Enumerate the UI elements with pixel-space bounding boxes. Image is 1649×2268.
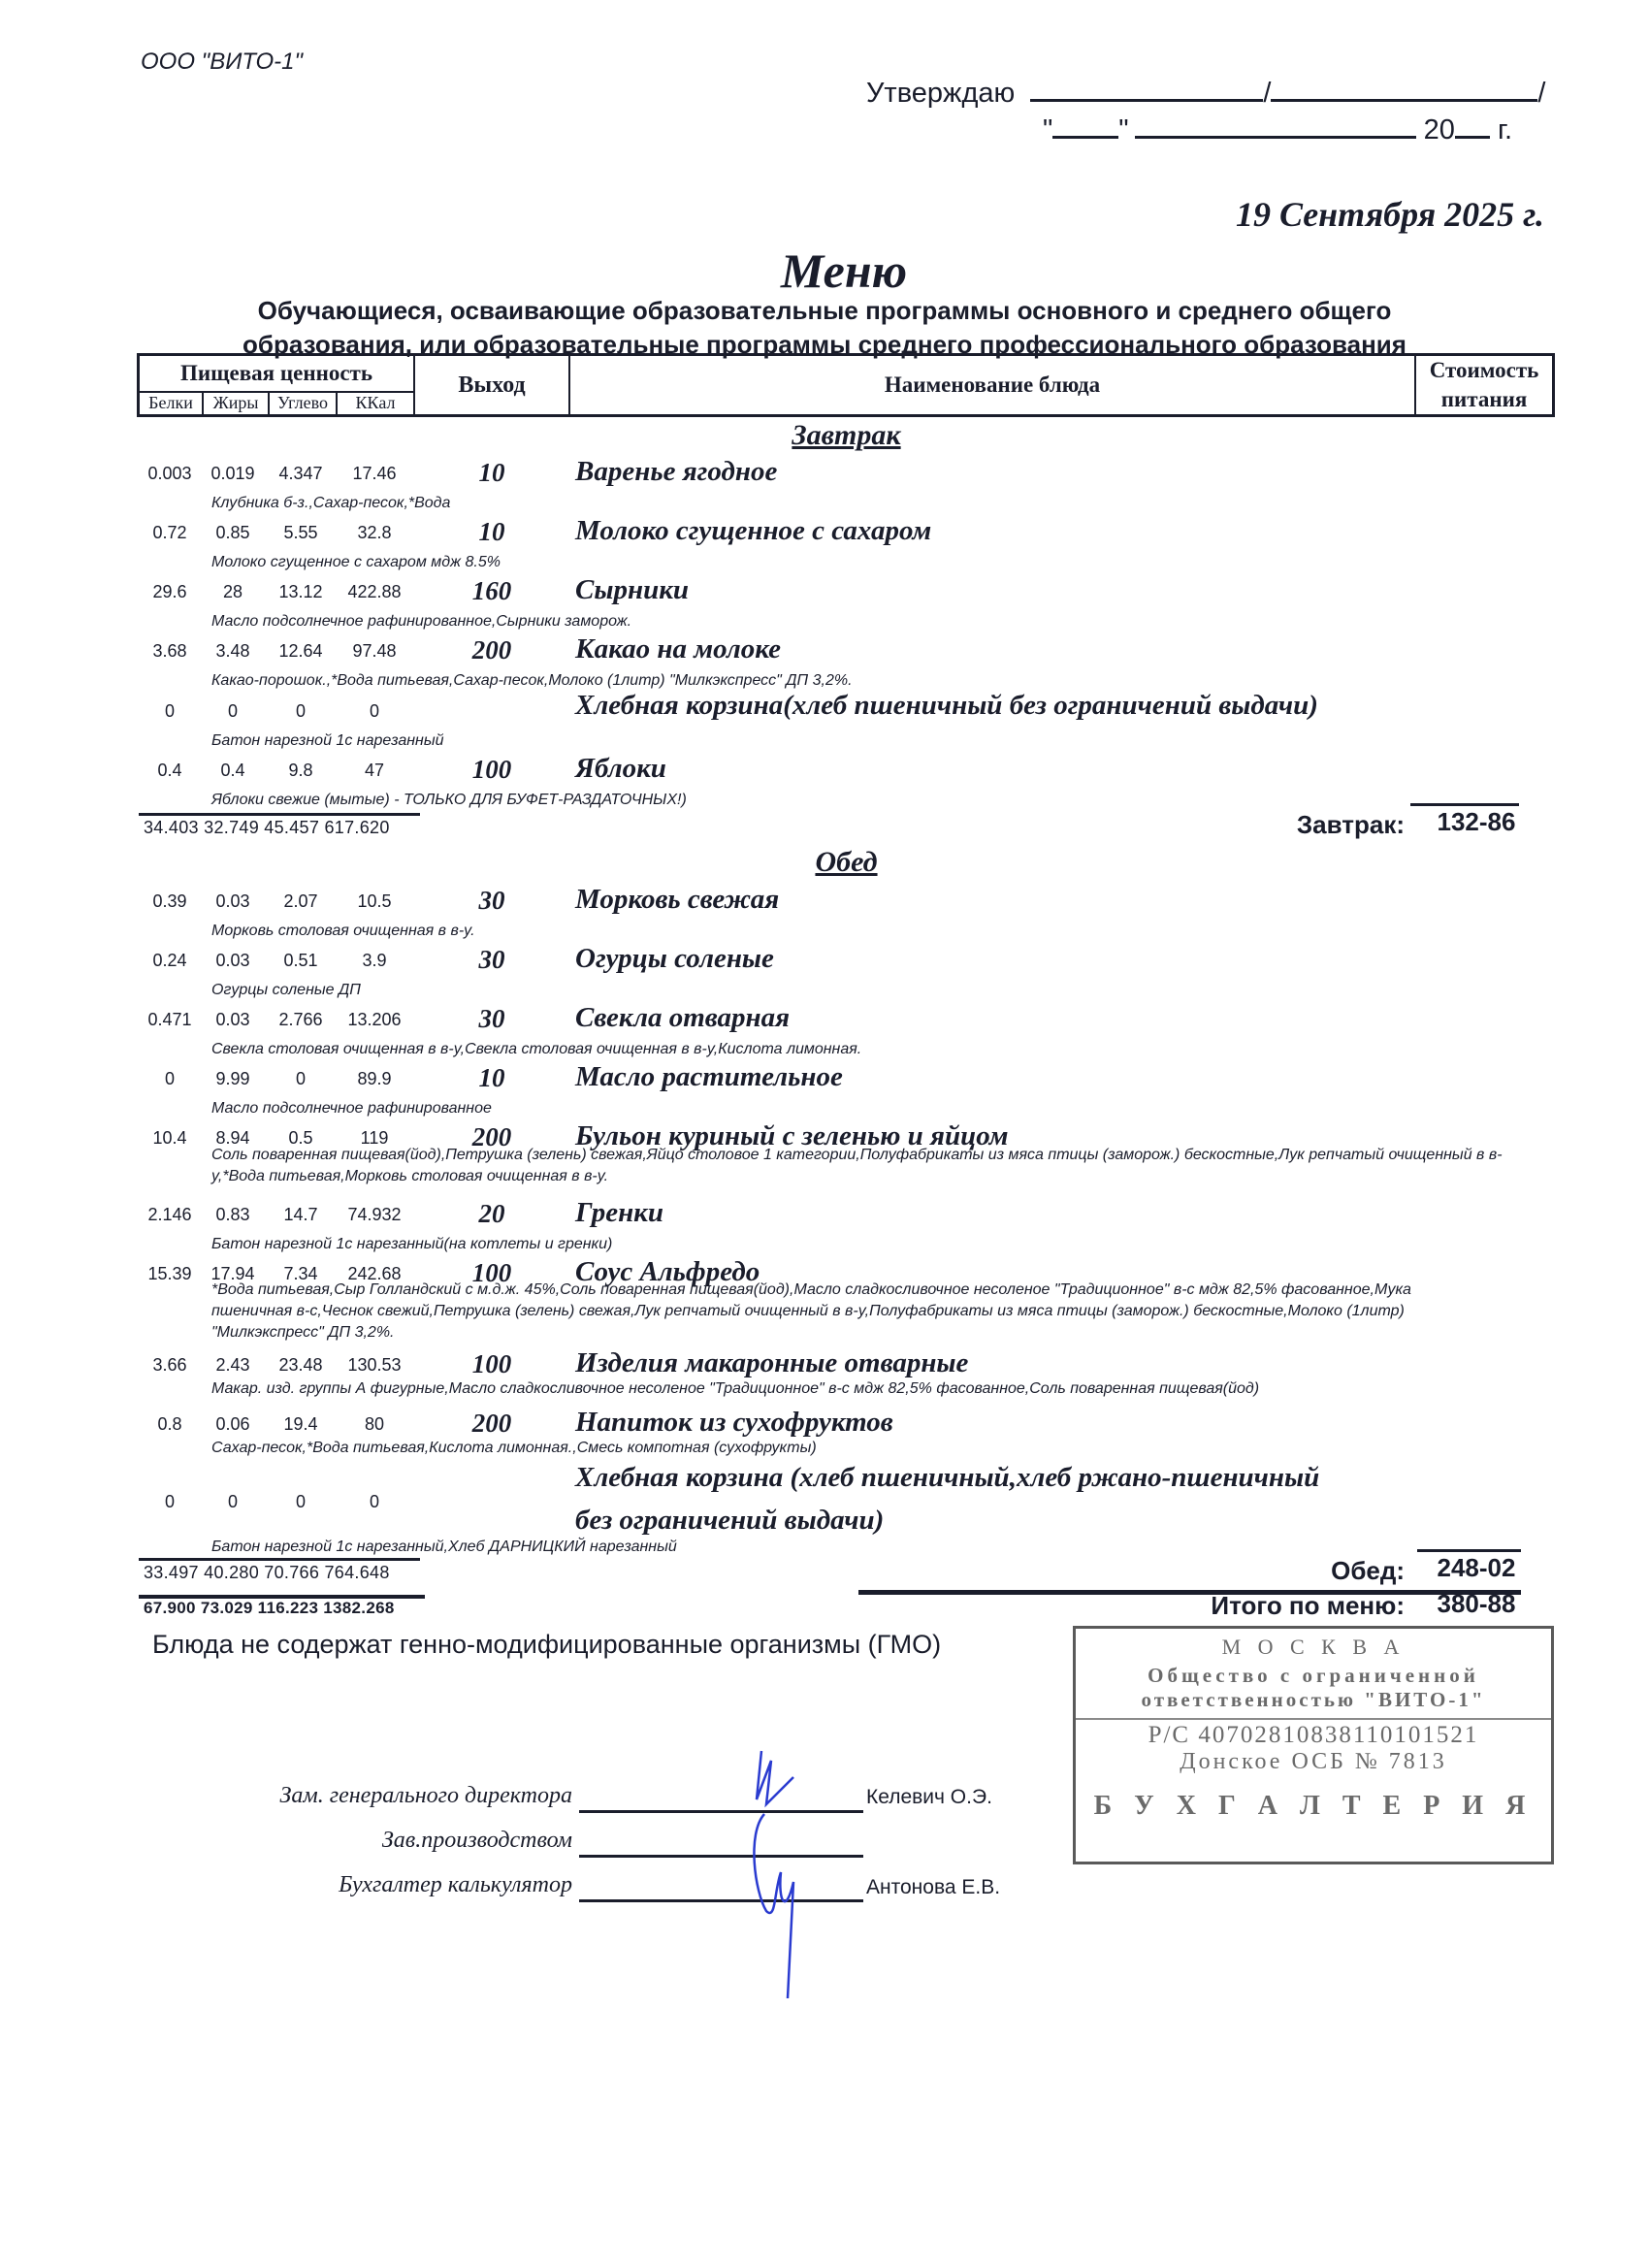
- dish-name: Какао на молоке: [575, 633, 781, 665]
- grand-sum-label: Итого по меню:: [1115, 1591, 1405, 1621]
- kcal-value: 422.88: [339, 582, 409, 602]
- ingredients: Молоко сгущенное с сахаром мдж 8.5%: [211, 552, 1550, 573]
- ingredients: Клубника б-з.,Сахар-песок,*Вода: [211, 493, 1550, 514]
- proteins-value: 0: [144, 701, 196, 722]
- fats-value: 0.06: [204, 1414, 262, 1435]
- ingredients: Какао-порошок.,*Вода питьевая,Сахар-песо…: [211, 670, 1550, 692]
- ingredients: Батон нарезной 1с нарезанный: [211, 730, 1550, 752]
- fats-value: 0: [204, 701, 262, 722]
- ingredients: Батон нарезной 1с нарезанный,Хлеб ДАРНИЦ…: [211, 1537, 1550, 1558]
- carbs-value: 14.7: [272, 1205, 330, 1225]
- dish-name: Гренки: [575, 1197, 663, 1229]
- stamp-city: М О С К В А: [1076, 1635, 1551, 1660]
- day-line: [1052, 114, 1118, 139]
- company-stamp: М О С К В А Общество с ограниченной отве…: [1073, 1626, 1554, 1864]
- lunch-sum-value: 248-02: [1404, 1553, 1549, 1583]
- ingredients: Батон нарезной 1с нарезанный(на котлеты …: [211, 1234, 1550, 1255]
- proteins-value: 29.6: [144, 582, 196, 602]
- kcal-value: 3.9: [339, 951, 409, 971]
- year-line: [1455, 114, 1490, 139]
- carbs-value: 2.07: [272, 891, 330, 912]
- kcal-value: 10.5: [339, 891, 409, 912]
- menu-table-header: Пищевая ценность Выход Наименование блюд…: [137, 353, 1555, 417]
- carbs-value: 0: [272, 1492, 330, 1512]
- output-value: 30: [448, 886, 535, 916]
- month-line: [1135, 114, 1416, 139]
- section-title-breakfast: Завтрак: [0, 419, 1649, 452]
- stamp-bank: Донское ОСБ № 7813: [1076, 1749, 1551, 1775]
- proteins-value: 0.8: [144, 1414, 196, 1435]
- carbs-value: 4.347: [272, 464, 330, 484]
- kcal-value: 0: [339, 1492, 409, 1512]
- signature-name-accountant: Антонова Е.В.: [866, 1876, 1000, 1899]
- stamp-department: Б У Х Г А Л Т Е Р И Я: [1076, 1791, 1551, 1822]
- output-value: 200: [448, 1409, 535, 1439]
- ingredients: Масло подсолнечное рафинированное,Сырник…: [211, 611, 1550, 632]
- proteins-value: 3.68: [144, 641, 196, 662]
- fats-value: 2.43: [204, 1355, 262, 1376]
- proteins-value: 0.39: [144, 891, 196, 912]
- dish-name: Молоко сгущенное с сахаром: [575, 515, 931, 547]
- handwritten-signatures-icon: [737, 1746, 854, 1998]
- year-prefix: 20: [1424, 114, 1455, 146]
- carbs-value: 19.4: [272, 1414, 330, 1435]
- dish-name: Свекла отварная: [575, 1002, 790, 1034]
- fats-value: 0.83: [204, 1205, 262, 1225]
- dish-name: Огурцы соленые: [575, 943, 774, 975]
- kcal-header: ККал: [337, 392, 414, 416]
- output-value: 10: [448, 458, 535, 488]
- fats-value: 0.85: [204, 523, 262, 543]
- carbs-value: 23.48: [272, 1355, 330, 1376]
- output-value: 200: [448, 635, 535, 665]
- carbs-value: 12.64: [272, 641, 330, 662]
- grand-sum-value: 380-88: [1404, 1589, 1549, 1619]
- dish-name: Яблоки: [575, 753, 666, 785]
- proteins-value: 0: [144, 1492, 196, 1512]
- ingredients: Свекла столовая очищенная в в-у,Свекла с…: [211, 1039, 1550, 1060]
- approve-separator: /: [1263, 78, 1271, 109]
- lunch-totals: 33.497 40.280 70.766 764.648: [144, 1563, 390, 1583]
- fats-header: Жиры: [203, 392, 269, 416]
- proteins-value: 3.66: [144, 1355, 196, 1376]
- stamp-account: Р/С 40702810838110101521: [1076, 1722, 1551, 1749]
- gmo-note: Блюда не содержат генно-модифицированные…: [152, 1630, 941, 1660]
- signature-name-deputy-director: Келевич О.Э.: [866, 1786, 992, 1809]
- output-value: 100: [448, 755, 535, 785]
- breakfast-totals: 34.403 32.749 45.457 617.620: [144, 818, 390, 838]
- carbs-value: 13.12: [272, 582, 330, 602]
- ingredients: Яблоки свежие (мытые) - ТОЛЬКО ДЛЯ БУФЕТ…: [211, 790, 1550, 811]
- dish-name: Изделия макаронные отварные: [575, 1347, 968, 1379]
- quote-close: ": [1118, 114, 1128, 146]
- output-header: Выход: [414, 355, 569, 416]
- lunch-totals-rule: [139, 1558, 420, 1561]
- dish-name: Сырники: [575, 574, 689, 606]
- output-value: 10: [448, 1063, 535, 1093]
- signature-role-deputy-director: Зам. генерального директора: [213, 1783, 572, 1809]
- fats-value: 0.03: [204, 951, 262, 971]
- output-value: 10: [448, 517, 535, 547]
- page-title: Меню: [0, 243, 1649, 299]
- dish-name: Морковь свежая: [575, 884, 779, 916]
- carbs-value: 0: [272, 701, 330, 722]
- output-value: 160: [448, 576, 535, 606]
- dish-name-header: Наименование блюда: [569, 355, 1415, 416]
- stamp-divider: [1076, 1718, 1551, 1720]
- fats-value: 0.03: [204, 891, 262, 912]
- carbs-value: 5.55: [272, 523, 330, 543]
- fats-value: 9.99: [204, 1069, 262, 1089]
- dish-name-line-1: Хлебная корзина (хлеб пшеничный,хлеб ржа…: [575, 1462, 1319, 1494]
- ingredients: Масло подсолнечное рафинированное: [211, 1098, 1550, 1119]
- kcal-value: 17.46: [339, 464, 409, 484]
- carbs-header: Углево: [269, 392, 337, 416]
- proteins-value: 15.39: [144, 1264, 196, 1284]
- breakfast-totals-rule: [139, 813, 420, 816]
- ingredients: Соль поваренная пищевая(йод),Петрушка (з…: [211, 1145, 1550, 1187]
- ingredients: Морковь столовая очищенная в в-у.: [211, 921, 1550, 942]
- carbs-value: 2.766: [272, 1010, 330, 1030]
- kcal-value: 13.206: [339, 1010, 409, 1030]
- kcal-value: 80: [339, 1414, 409, 1435]
- dish-name-line-2: без ограничений выдачи): [575, 1505, 884, 1537]
- quote-open: ": [1043, 114, 1052, 146]
- cost-header-line-2: питания: [1416, 385, 1552, 414]
- dish-name: Варенье ягодное: [575, 456, 777, 488]
- approve-separator-end: /: [1537, 78, 1545, 109]
- section-title-lunch: Обед: [0, 846, 1649, 879]
- proteins-value: 0.003: [144, 464, 196, 484]
- output-value: 30: [448, 945, 535, 975]
- lunch-sum-label: Обед:: [1212, 1556, 1405, 1586]
- breakfast-sum-value: 132-86: [1404, 807, 1549, 837]
- stamp-line-2: ответственностью "ВИТО-1": [1076, 1688, 1551, 1712]
- carbs-value: 9.8: [272, 761, 330, 781]
- proteins-value: 0.4: [144, 761, 196, 781]
- signature-role-accountant: Бухгалтер калькулятор: [213, 1872, 572, 1898]
- proteins-value: 0.24: [144, 951, 196, 971]
- dish-name: Хлебная корзина(хлеб пшеничный без огран…: [575, 690, 1318, 722]
- page-subtitle: Обучающиеся, осваивающие образовательные…: [136, 294, 1513, 362]
- kcal-value: 0: [339, 701, 409, 722]
- nutrition-header: Пищевая ценность: [139, 355, 415, 392]
- approve-block: Утверждаю //: [866, 78, 1545, 110]
- breakfast-sum-rule: [1410, 803, 1519, 806]
- ingredients: Сахар-песок,*Вода питьевая,Кислота лимон…: [211, 1438, 1550, 1459]
- ingredients: *Вода питьевая,Сыр Голландский с м.д.ж. …: [211, 1280, 1472, 1344]
- kcal-value: 89.9: [339, 1069, 409, 1089]
- carbs-value: 0: [272, 1069, 330, 1089]
- carbs-value: 0.51: [272, 951, 330, 971]
- year-suffix: г.: [1498, 114, 1512, 146]
- breakfast-sum-label: Завтрак:: [1212, 810, 1405, 840]
- proteins-value: 0.72: [144, 523, 196, 543]
- output-value: 30: [448, 1004, 535, 1034]
- fats-value: 3.48: [204, 641, 262, 662]
- output-value: 100: [448, 1349, 535, 1379]
- cost-header: Стоимость питания: [1415, 355, 1554, 416]
- signature-role-production-head: Зав.производством: [213, 1828, 572, 1854]
- grand-totals: 67.900 73.029 116.223 1382.268: [144, 1599, 395, 1618]
- kcal-value: 47: [339, 761, 409, 781]
- approver-name-line: [1271, 78, 1537, 102]
- fats-value: 0: [204, 1492, 262, 1512]
- kcal-value: 32.8: [339, 523, 409, 543]
- kcal-value: 130.53: [339, 1355, 409, 1376]
- approve-label: Утверждаю: [866, 78, 1015, 109]
- lunch-sum-rule: [1417, 1549, 1521, 1552]
- kcal-value: 74.932: [339, 1205, 409, 1225]
- fats-value: 0.03: [204, 1010, 262, 1030]
- proteins-value: 2.146: [144, 1205, 196, 1225]
- dish-name: Масло растительное: [575, 1061, 843, 1093]
- output-value: 20: [448, 1199, 535, 1229]
- approver-signature-line: [1030, 78, 1263, 102]
- fats-value: 28: [204, 582, 262, 602]
- approve-date-block: "" 20 г.: [1043, 114, 1512, 146]
- fats-value: 0.4: [204, 761, 262, 781]
- proteins-value: 0: [144, 1069, 196, 1089]
- document-date: 19 Сентября 2025 г.: [1236, 194, 1544, 235]
- proteins-value: 0.471: [144, 1010, 196, 1030]
- ingredients: Макар. изд. группы А фигурные,Масло слад…: [211, 1378, 1550, 1400]
- company-name: ООО "ВИТО-1": [141, 49, 303, 76]
- dish-name: Напиток из сухофруктов: [575, 1407, 893, 1439]
- ingredients: Огурцы соленые ДП: [211, 980, 1550, 1001]
- subtitle-line-1: Обучающиеся, осваивающие образовательные…: [136, 294, 1513, 328]
- cost-header-line-1: Стоимость: [1416, 356, 1552, 385]
- proteins-header: Белки: [139, 392, 204, 416]
- kcal-value: 97.48: [339, 641, 409, 662]
- proteins-value: 10.4: [144, 1128, 196, 1149]
- stamp-line-1: Общество с ограниченной: [1076, 1664, 1551, 1688]
- fats-value: 0.019: [204, 464, 262, 484]
